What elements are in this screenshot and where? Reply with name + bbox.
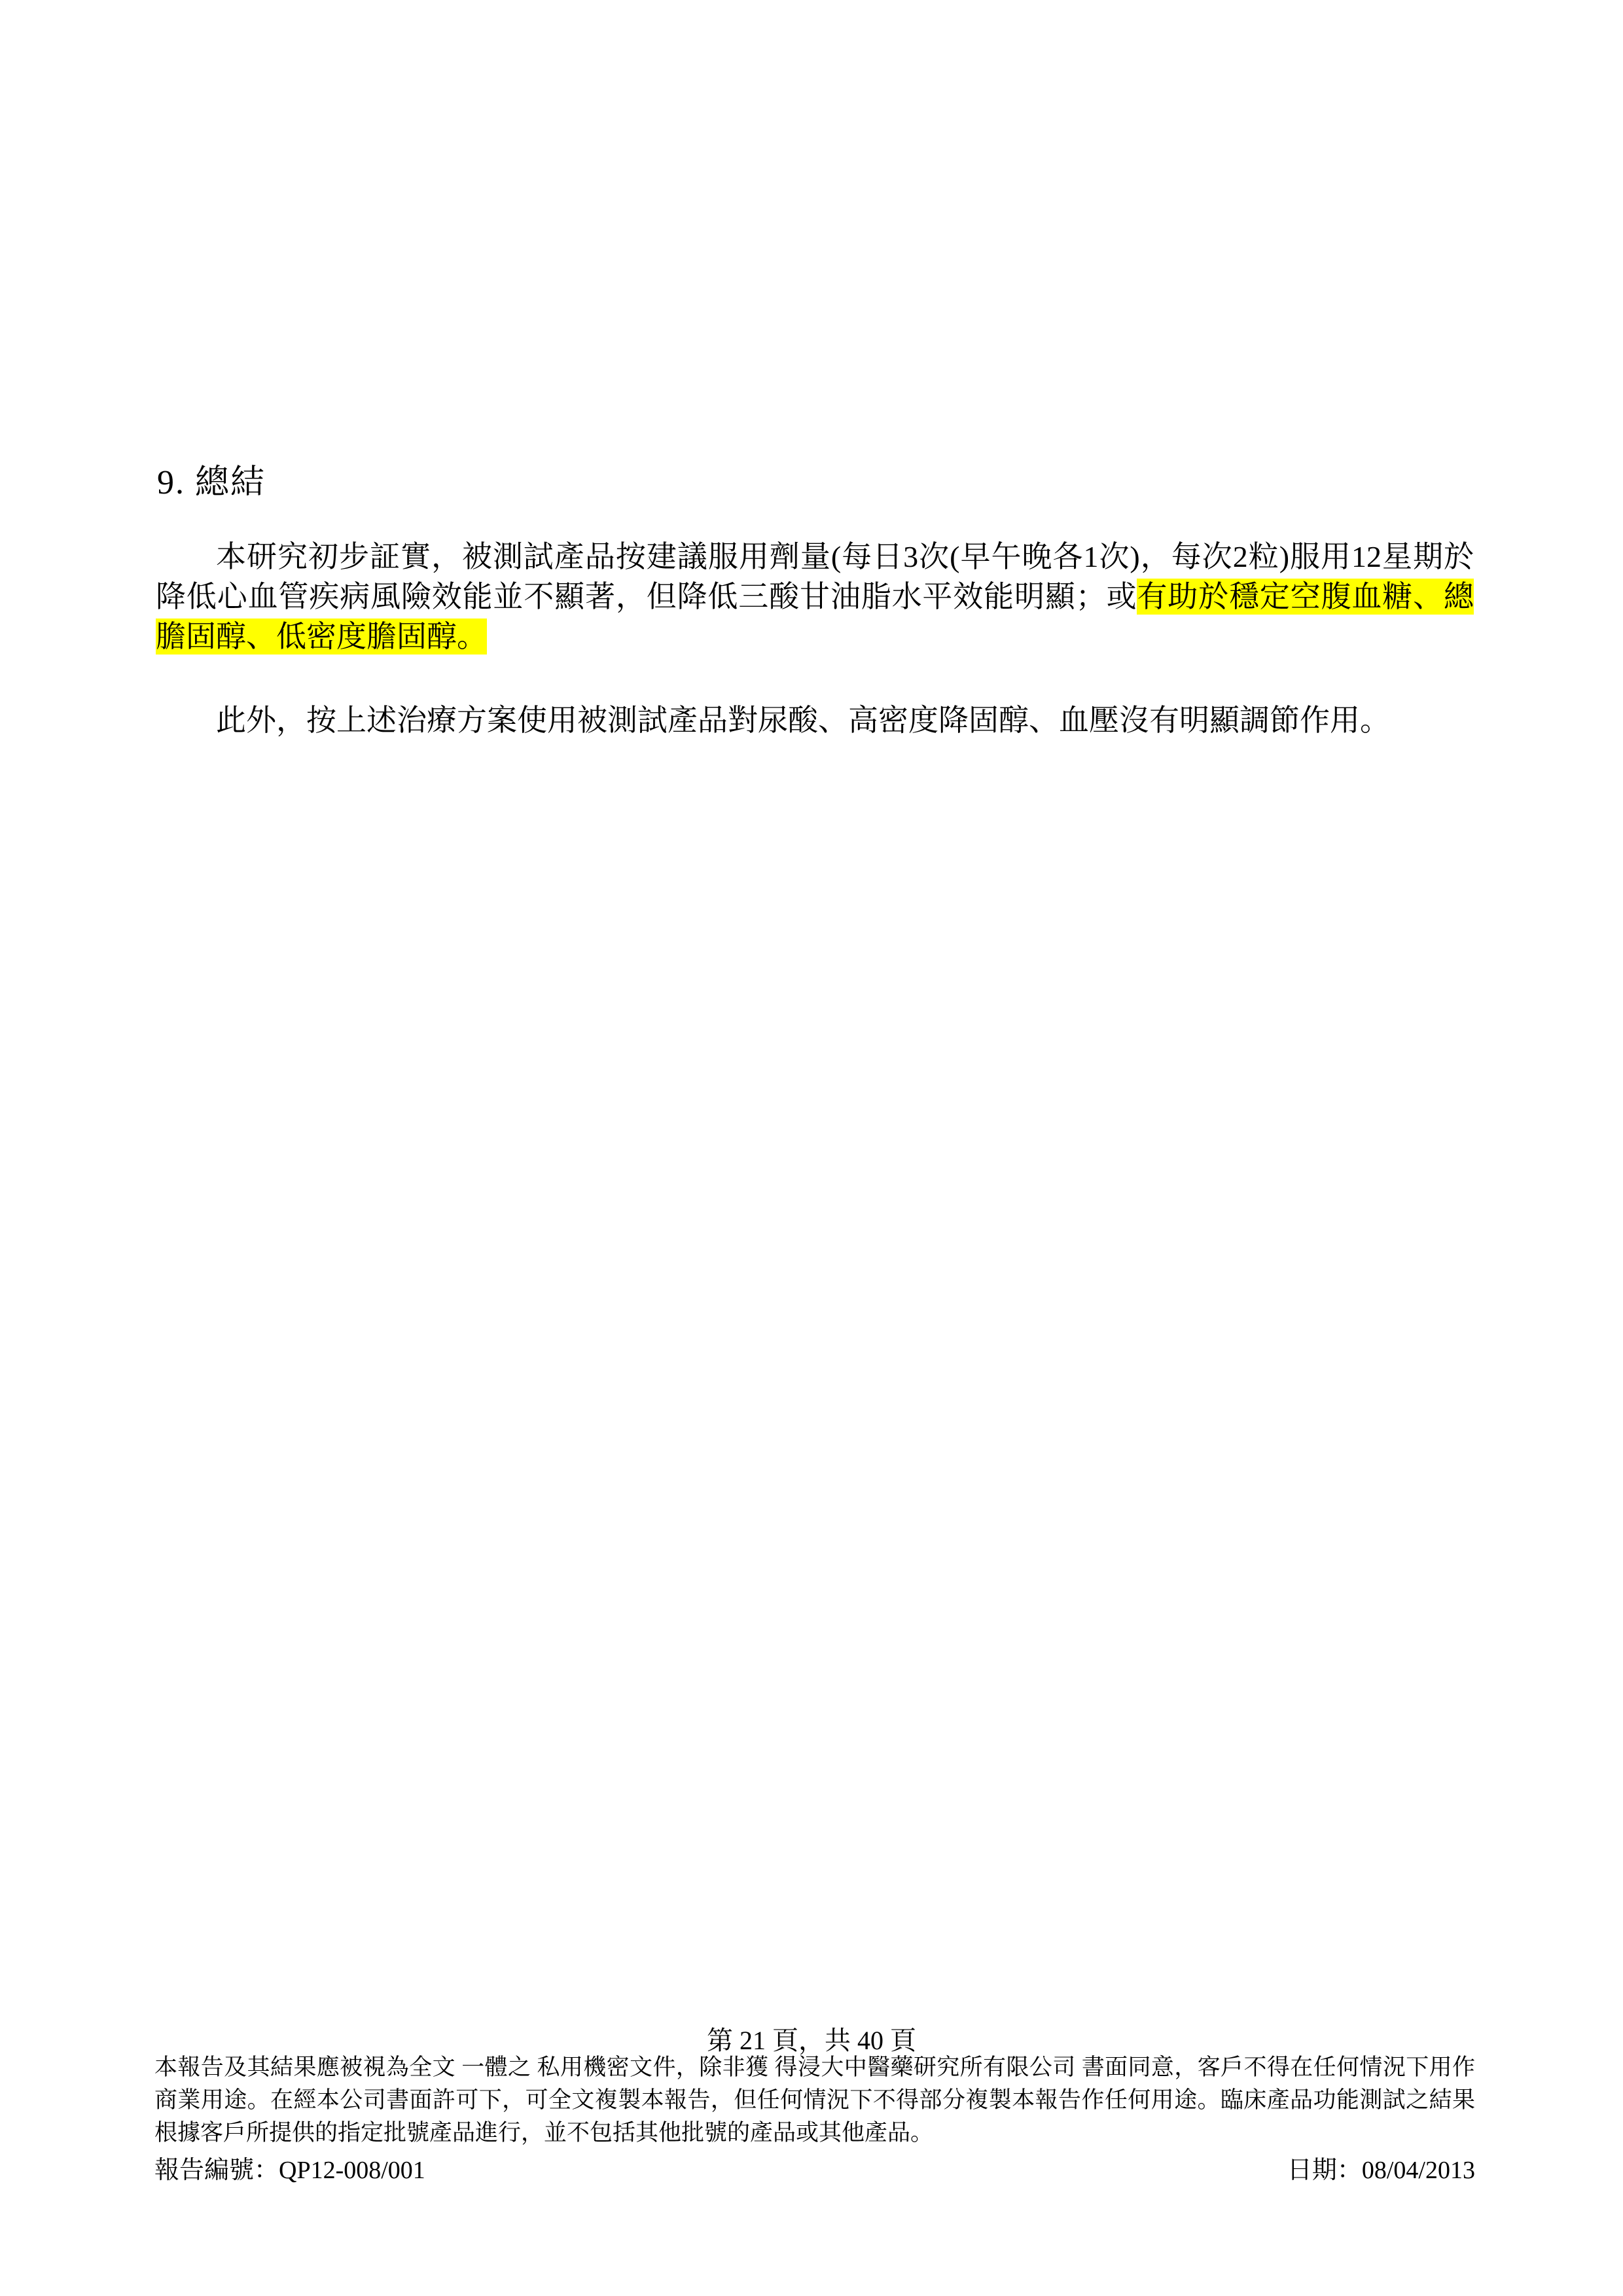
report-number: 報告編號：QP12-008/001 [154, 2149, 425, 2185]
footer-disclaimer: 本報告及其結果應被視為全文 一體之 私用機密文件，除非獲 得浸大中醫藥研究所有限… [154, 2051, 1475, 2149]
summary-paragraph: 本研究初步証實，被測試產品按建議服用劑量(每日3次(早午晚各1次)，每次2粒)服… [156, 537, 1474, 656]
footer-bottom-row: 報告編號：QP12-008/001 日期：08/04/2013 [154, 2149, 1475, 2185]
report-page: 9. 總結 本研究初步証實，被測試產品按建議服用劑量(每日3次(早午晚各1次)，… [0, 0, 1623, 2296]
additional-paragraph: 此外，按上述治療方案使用被測試產品對尿酸、高密度降固醇、血壓沒有明顯調節作用。 [156, 700, 1474, 740]
report-date: 日期：08/04/2013 [1287, 2149, 1475, 2185]
section-heading: 9. 總結 [157, 454, 266, 503]
